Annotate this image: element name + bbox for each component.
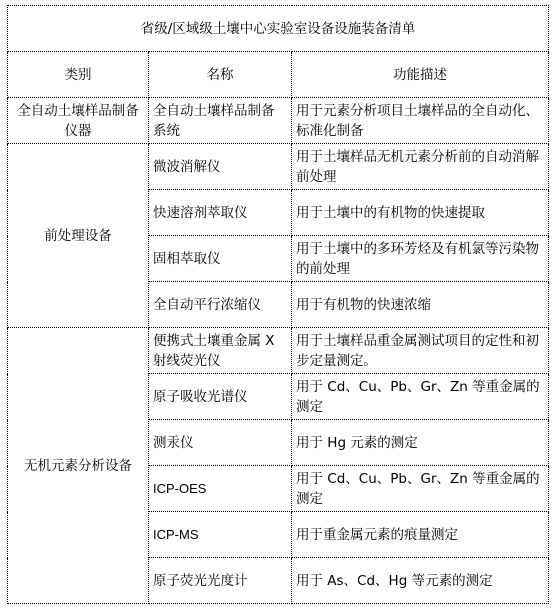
equipment-name: ICP-MS: [149, 512, 292, 558]
equipment-name: 固相萃取仪: [149, 236, 292, 282]
equipment-description: 用于 Cd、Cu、Pb、Gr、Zn 等重金属的测定: [292, 374, 549, 420]
equipment-name: 测汞仪: [149, 420, 292, 466]
header-category: 类别: [8, 52, 149, 98]
equipment-description: 用于元素分析项目土壤样品的全自动化、标准化制备: [292, 98, 549, 144]
equipment-description: 用于重金属元素的痕量测定: [292, 512, 549, 558]
equipment-name: 全自动土壤样品制备系统: [149, 98, 292, 144]
equipment-description: 用于有机物的快速浓缩: [292, 282, 549, 328]
equipment-description: 用于 Cd、Cu、Pb、Gr、Zn 等重金属的测定: [292, 466, 549, 512]
equipment-name: 便携式土壤重金属 X 射线荧光仪: [149, 328, 292, 374]
table-title: 省级/区域级土壤中心实验室设备设施装备清单: [8, 6, 549, 52]
equipment-description: 用于土壤样品无机元素分析前的自动消解前处理: [292, 144, 549, 190]
equipment-description: 用于 Hg 元素的测定: [292, 420, 549, 466]
equipment-name: 全自动平行浓缩仪: [149, 282, 292, 328]
header-name: 名称: [149, 52, 292, 98]
table-row: 无机元素分析设备 便携式土壤重金属 X 射线荧光仪 用于土壤样品重金属测试项目的…: [8, 328, 549, 374]
equipment-name: 原子吸收光谱仪: [149, 374, 292, 420]
equipment-description: 用于土壤中的有机物的快速提取: [292, 190, 549, 236]
equipment-description: 用于土壤中的多环芳烃及有机氯等污染物的前处理: [292, 236, 549, 282]
category-cell: 前处理设备: [8, 144, 149, 328]
category-cell: 无机元素分析设备: [8, 328, 149, 604]
category-cell: 全自动土壤样品制备仪器: [8, 98, 149, 144]
table-header-row: 类别 名称 功能描述: [8, 52, 549, 98]
table-title-row: 省级/区域级土壤中心实验室设备设施装备清单: [8, 6, 549, 52]
equipment-description: 用于 As、Cd、Hg 等元素的测定: [292, 558, 549, 604]
equipment-name: 微波消解仪: [149, 144, 292, 190]
header-description: 功能描述: [292, 52, 549, 98]
table-row: 前处理设备 微波消解仪 用于土壤样品无机元素分析前的自动消解前处理: [8, 144, 549, 190]
equipment-name: 快速溶剂萃取仪: [149, 190, 292, 236]
equipment-list-table: 省级/区域级土壤中心实验室设备设施装备清单 类别 名称 功能描述 全自动土壤样品…: [7, 5, 549, 604]
equipment-name: ICP-OES: [149, 466, 292, 512]
equipment-description: 用于土壤样品重金属测试项目的定性和初步定量测定。: [292, 328, 549, 374]
table-row: 全自动土壤样品制备仪器 全自动土壤样品制备系统 用于元素分析项目土壤样品的全自动…: [8, 98, 549, 144]
equipment-name: 原子荧光光度计: [149, 558, 292, 604]
